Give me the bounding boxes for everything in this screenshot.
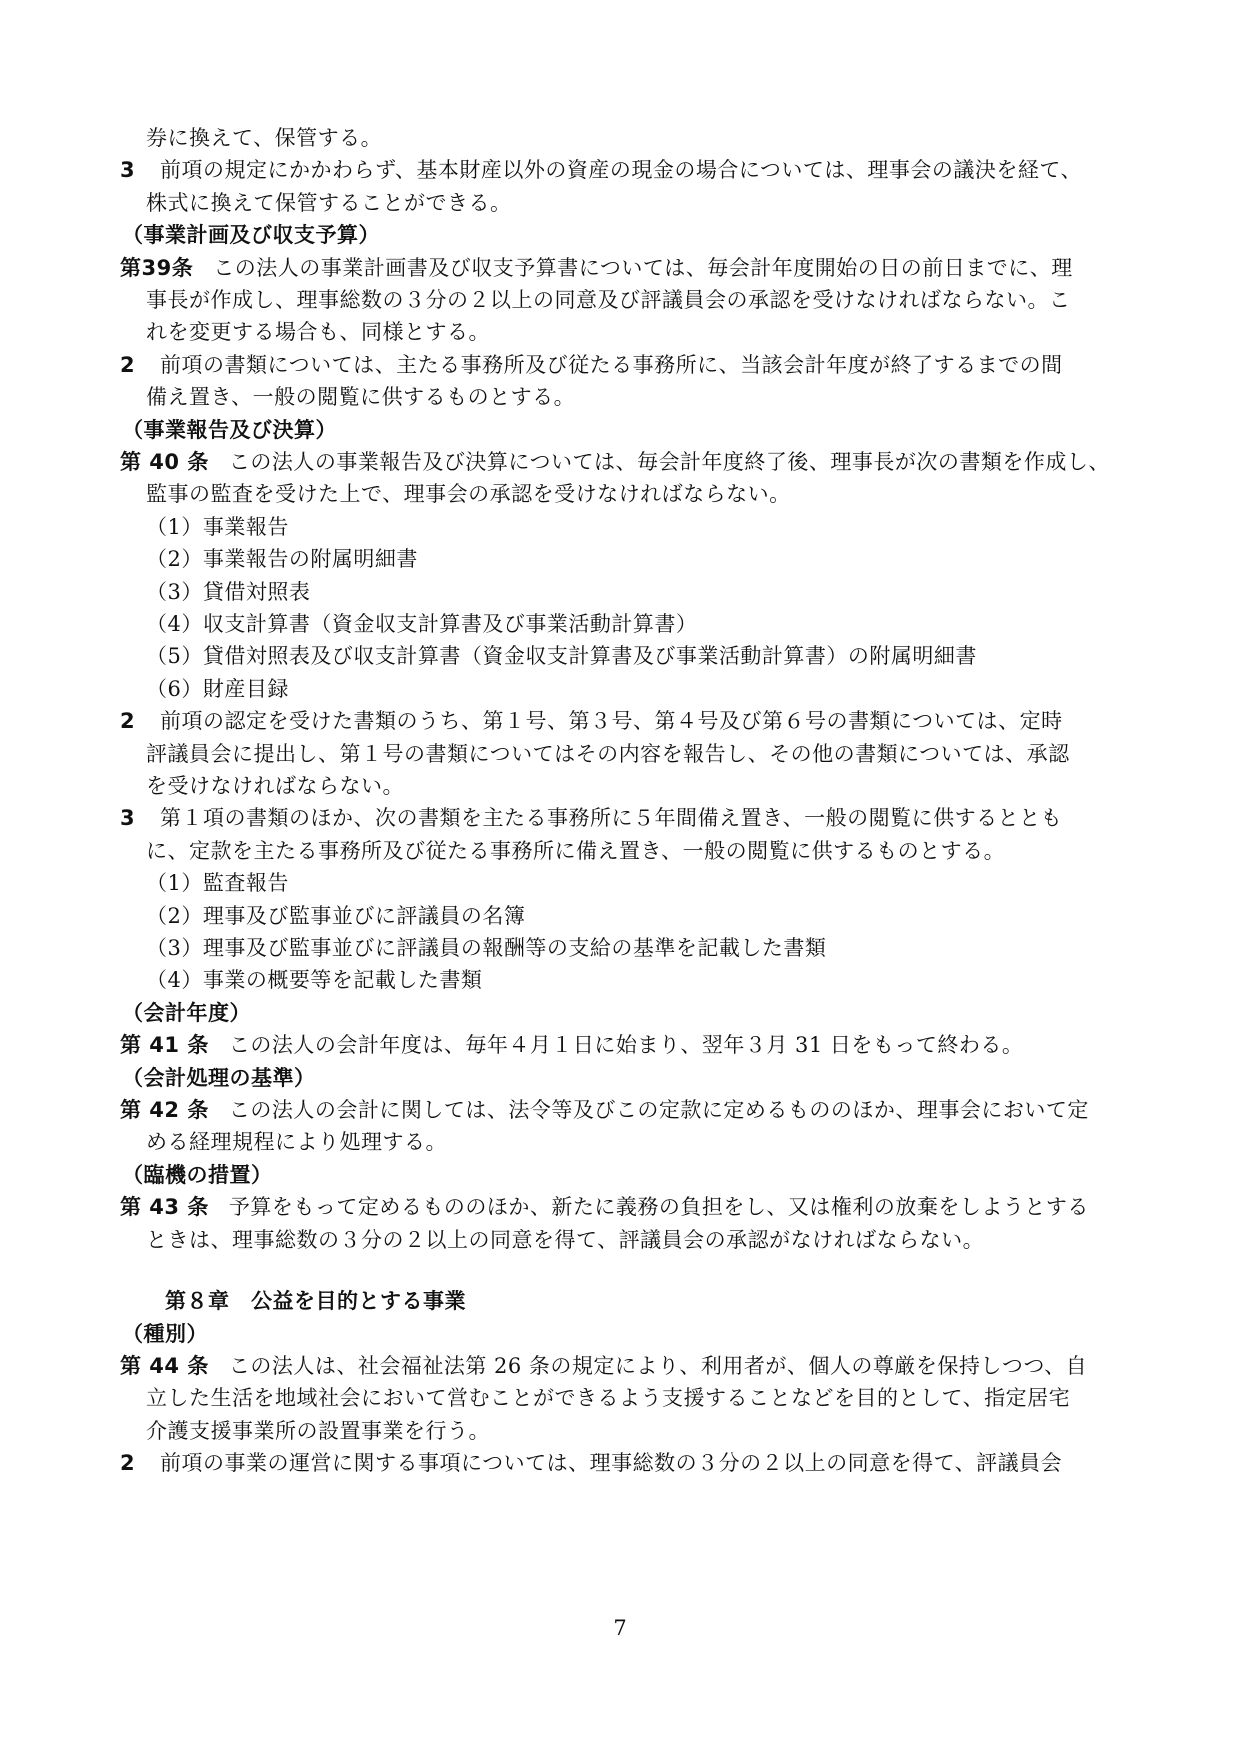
- article-number: 第 44 条: [120, 1354, 209, 1378]
- line-text: （2）事業報告の附属明細書: [146, 547, 418, 571]
- line-text: れを変更する場合も、同様とする。: [146, 320, 490, 344]
- line-text: （1）事業報告: [146, 515, 289, 539]
- paragraph-continuation: ときは、理事総数の３分の２以上の同意を得て、評議員会の承認がなければならない。: [146, 1226, 984, 1254]
- section-heading: （種別）: [122, 1320, 208, 1348]
- line-text: （4）収支計算書（資金収支計算書及び事業活動計算書）: [146, 612, 697, 636]
- line-text: 株式に換えて保管することができる。: [146, 191, 512, 215]
- line-text: （事業計画及び収支予算）: [122, 223, 380, 247]
- section-heading: （事業報告及び決算）: [122, 416, 337, 444]
- line-text: 予算をもって定めるもののほか、新たに義務の負担をし、又は権利の放棄をしようとする: [229, 1195, 1089, 1219]
- line-text: この法人の事業報告及び決算については、毎会計年度終了後、理事長が次の書類を作成し…: [229, 450, 1110, 474]
- line-text: この法人は、社会福祉法第 26 条の規定により、利用者が、個人の尊厳を保持しつつ…: [229, 1354, 1087, 1378]
- line-text: 第１項の書類のほか、次の書類を主たる事務所に５年間備え置き、一般の閲覧に供すると…: [160, 806, 1062, 830]
- line-text: （1）監査報告: [146, 871, 289, 895]
- article: 第 41 条この法人の会計年度は、毎年４月１日に始まり、翌年３月 31 日をもっ…: [120, 1031, 1023, 1059]
- line-text: この法人の会計に関しては、法令等及びこの定款に定めるもののほか、理事会において定: [229, 1098, 1089, 1122]
- line-text: （種別）: [122, 1322, 208, 1346]
- list-item: （3）理事及び監事並びに評議員の報酬等の支給の基準を記載した書類: [146, 934, 826, 962]
- paragraph-number: 2: [120, 351, 160, 379]
- paragraph-continuation: める経理規程により処理する。: [146, 1128, 447, 1156]
- paragraph-number: 3: [120, 804, 160, 832]
- article: 第 43 条予算をもって定めるもののほか、新たに義務の負担をし、又は権利の放棄を…: [120, 1193, 1089, 1221]
- section-heading: （事業計画及び収支予算）: [122, 221, 380, 249]
- line-text: この法人の事業計画書及び収支予算書については、毎会計年度開始の日の前日までに、理: [213, 256, 1073, 280]
- section-heading: （臨機の措置）: [122, 1161, 273, 1189]
- line-text: （6）財産目録: [146, 677, 289, 701]
- line-text: 前項の規定にかかわらず、基本財産以外の資産の現金の場合については、理事会の議決を…: [160, 158, 1082, 182]
- line-text: 備え置き、一般の閲覧に供するものとする。: [146, 385, 575, 409]
- line-text: （4）事業の概要等を記載した書類: [146, 968, 482, 992]
- numbered-paragraph: 2前項の認定を受けた書類のうち、第１号、第３号、第４号及び第６号の書類については…: [120, 707, 1063, 735]
- list-item: （4）事業の概要等を記載した書類: [146, 966, 482, 994]
- paragraph-continuation: 立した生活を地域社会において営むことができるよう支援することなどを目的として、指…: [146, 1384, 1070, 1412]
- line-text: （臨機の措置）: [122, 1163, 273, 1187]
- line-text: （2）理事及び監事並びに評議員の名簿: [146, 904, 525, 928]
- line-text: 前項の書類については、主たる事務所及び従たる事務所に、当該会計年度が終了するまで…: [160, 353, 1063, 377]
- line-text: める経理規程により処理する。: [146, 1130, 447, 1154]
- line-text: （事業報告及び決算）: [122, 418, 337, 442]
- list-item: （1）監査報告: [146, 869, 289, 897]
- article-number: 第 43 条: [120, 1195, 209, 1219]
- line-text: （会計処理の基準）: [122, 1066, 316, 1090]
- paragraph-continuation: 事長が作成し、理事総数の３分の２以上の同意及び評議員会の承認を受けなければならな…: [146, 286, 1071, 314]
- article: 第 42 条この法人の会計に関しては、法令等及びこの定款に定めるもののほか、理事…: [120, 1096, 1089, 1124]
- article-number: 第 42 条: [120, 1098, 209, 1122]
- list-item: （2）事業報告の附属明細書: [146, 545, 418, 573]
- article: 第 40 条この法人の事業報告及び決算については、毎会計年度終了後、理事長が次の…: [120, 448, 1110, 476]
- paragraph-number: 2: [120, 1449, 160, 1477]
- list-item: （6）財産目録: [146, 675, 289, 703]
- list-item: （3）貸借対照表: [146, 578, 310, 606]
- line-text: 前項の事業の運営に関する事項については、理事総数の３分の２以上の同意を得て、評議…: [160, 1451, 1062, 1475]
- paragraph-continuation: 監事の監査を受けた上で、理事会の承認を受けなければならない。: [146, 480, 791, 508]
- list-item: （5）貸借対照表及び収支計算書（資金収支計算書及び事業活動計算書）の附属明細書: [146, 642, 977, 670]
- line-text: （3）理事及び監事並びに評議員の報酬等の支給の基準を記載した書類: [146, 936, 826, 960]
- line-text: （5）貸借対照表及び収支計算書（資金収支計算書及び事業活動計算書）の附属明細書: [146, 644, 977, 668]
- article: 第39条この法人の事業計画書及び収支予算書については、毎会計年度開始の日の前日ま…: [120, 254, 1073, 282]
- list-item: （1）事業報告: [146, 513, 289, 541]
- section-heading: （会計年度）: [122, 999, 251, 1027]
- line-text: 第８章 公益を目的とする事業: [165, 1289, 466, 1313]
- line-text: 事長が作成し、理事総数の３分の２以上の同意及び評議員会の承認を受けなければならな…: [146, 288, 1071, 312]
- article: 第 44 条この法人は、社会福祉法第 26 条の規定により、利用者が、個人の尊厳…: [120, 1352, 1087, 1380]
- page-number: 7: [0, 1616, 1240, 1640]
- numbered-paragraph: 3第１項の書類のほか、次の書類を主たる事務所に５年間備え置き、一般の閲覧に供する…: [120, 804, 1062, 832]
- paragraph-continuation: 券に換えて、保管する。: [146, 124, 382, 152]
- line-text: 介護支援事業所の設置事業を行う。: [146, 1419, 490, 1443]
- section-heading: （会計処理の基準）: [122, 1064, 316, 1092]
- line-text: に、定款を主たる事務所及び従たる事務所に備え置き、一般の閲覧に供するものとする。: [146, 839, 1005, 863]
- line-text: 評議員会に提出し、第１号の書類についてはその内容を報告し、その他の書類については…: [146, 742, 1070, 766]
- chapter-title: 第８章 公益を目的とする事業: [165, 1287, 466, 1315]
- numbered-paragraph: 2前項の書類については、主たる事務所及び従たる事務所に、当該会計年度が終了するま…: [120, 351, 1063, 379]
- paragraph-continuation: 介護支援事業所の設置事業を行う。: [146, 1417, 490, 1445]
- line-text: （会計年度）: [122, 1001, 251, 1025]
- line-text: 立した生活を地域社会において営むことができるよう支援することなどを目的として、指…: [146, 1386, 1070, 1410]
- line-text: 券に換えて、保管する。: [146, 126, 382, 150]
- paragraph-number: 2: [120, 707, 160, 735]
- list-item: （4）収支計算書（資金収支計算書及び事業活動計算書）: [146, 610, 697, 638]
- paragraph-continuation: を受けなければならない。: [146, 772, 404, 800]
- line-text: を受けなければならない。: [146, 774, 404, 798]
- paragraph-continuation: れを変更する場合も、同様とする。: [146, 318, 490, 346]
- numbered-paragraph: 3前項の規定にかかわらず、基本財産以外の資産の現金の場合については、理事会の議決…: [120, 156, 1082, 184]
- article-number: 第 40 条: [120, 450, 209, 474]
- list-item: （2）理事及び監事並びに評議員の名簿: [146, 902, 525, 930]
- paragraph-continuation: 株式に換えて保管することができる。: [146, 189, 512, 217]
- line-text: 監事の監査を受けた上で、理事会の承認を受けなければならない。: [146, 482, 791, 506]
- line-text: （3）貸借対照表: [146, 580, 310, 604]
- paragraph-continuation: 備え置き、一般の閲覧に供するものとする。: [146, 383, 575, 411]
- line-text: 前項の認定を受けた書類のうち、第１号、第３号、第４号及び第６号の書類については、…: [160, 709, 1063, 733]
- document-page: 券に換えて、保管する。3前項の規定にかかわらず、基本財産以外の資産の現金の場合に…: [0, 0, 1240, 1755]
- numbered-paragraph: 2前項の事業の運営に関する事項については、理事総数の３分の２以上の同意を得て、評…: [120, 1449, 1062, 1477]
- line-text: ときは、理事総数の３分の２以上の同意を得て、評議員会の承認がなければならない。: [146, 1228, 984, 1252]
- paragraph-continuation: 評議員会に提出し、第１号の書類についてはその内容を報告し、その他の書類については…: [146, 740, 1070, 768]
- article-number: 第 41 条: [120, 1033, 209, 1057]
- article-number: 第39条: [120, 256, 193, 280]
- paragraph-continuation: に、定款を主たる事務所及び従たる事務所に備え置き、一般の閲覧に供するものとする。: [146, 837, 1005, 865]
- line-text: この法人の会計年度は、毎年４月１日に始まり、翌年３月 31 日をもって終わる。: [229, 1033, 1024, 1057]
- paragraph-number: 3: [120, 156, 160, 184]
